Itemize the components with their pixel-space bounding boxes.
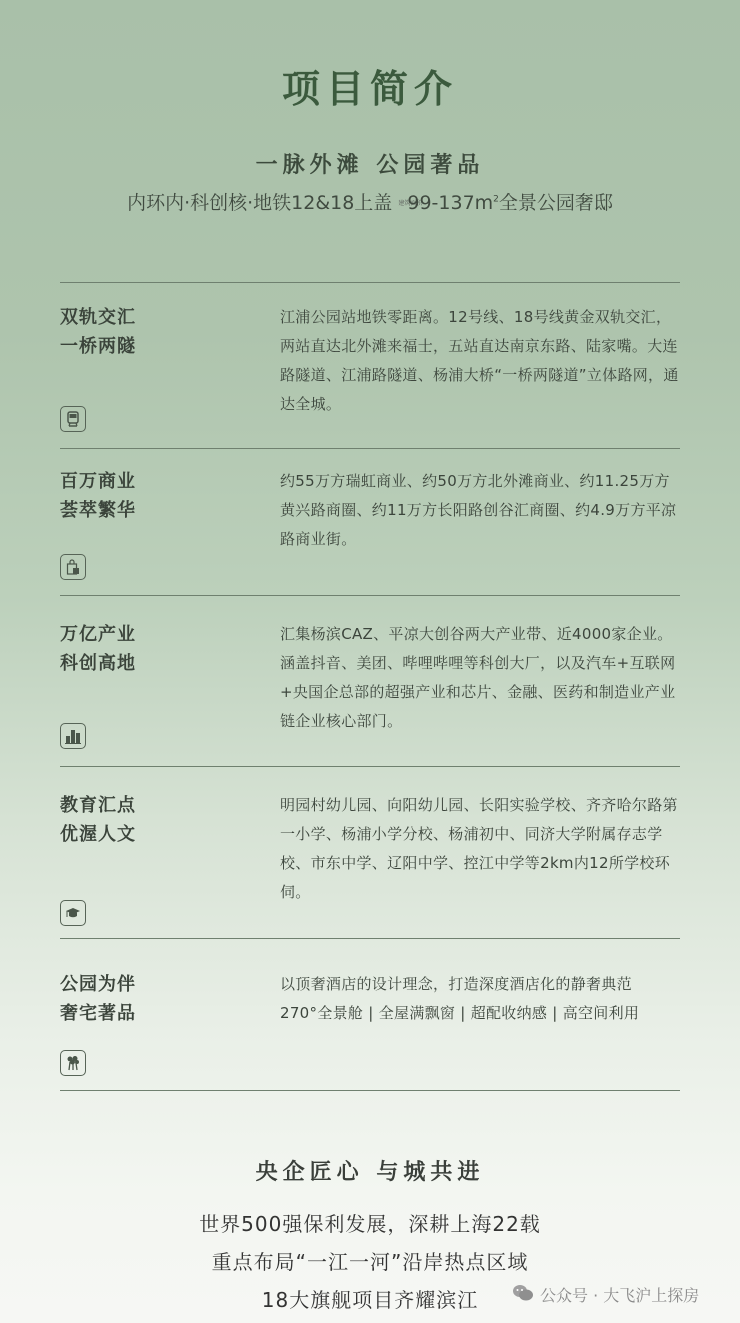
office-buildings-icon [60, 723, 86, 749]
section-education: 教育汇点 优渥人文 明园村幼儿园、向阳幼儿园、长阳实验学校、齐齐哈尔路第一小学、… [60, 791, 680, 931]
footer-line: 世界500强保利发展，深耕上海22载 [0, 1208, 740, 1237]
heading-line: 双轨交汇 [60, 303, 210, 332]
divider [60, 766, 680, 767]
section-description: 明园村幼儿园、向阳幼儿园、长阳实验学校、齐齐哈尔路第一小学、杨浦小学分校、杨浦初… [280, 791, 684, 907]
tagline-suffix: 全景公园奢邸 [499, 192, 613, 214]
watermark: 公众号 · 大飞沪上探房 [512, 1283, 699, 1306]
desc-line: 以顶奢酒店的设计理念，打造深度酒店化的静奢典范 [280, 970, 684, 999]
heading-line: 科创高地 [60, 649, 210, 678]
section-industry: 万亿产业 科创高地 汇集杨滨CAZ、平凉大创谷两大产业带、近4000家企业。涵盖… [60, 620, 680, 760]
section-description: 汇集杨滨CAZ、平凉大创谷两大产业带、近4000家企业。涵盖抖音、美团、哔哩哔哩… [280, 620, 684, 736]
footer-line: 重点布局“一江一河”沿岸热点区域 [0, 1246, 740, 1275]
divider [60, 938, 680, 939]
heading-line: 奢宅著品 [60, 999, 210, 1028]
heading-line: 万亿产业 [60, 620, 210, 649]
section-commerce: 百万商业 荟萃繁华 约55万方瑞虹商业、约50万方北外滩商业、约11.25万方黄… [60, 467, 680, 587]
heading-line: 百万商业 [60, 467, 210, 496]
heading-line: 公园为伴 [60, 970, 210, 999]
section-heading: 百万商业 荟萃繁华 [60, 467, 210, 525]
section-description: 约55万方瑞虹商业、约50万方北外滩商业、约11.25万方黄兴路商圈、约11万方… [280, 467, 684, 554]
divider [60, 282, 680, 283]
page-subtitle: 一脉外滩 公园著品 [0, 148, 740, 179]
footer-title: 央企匠心 与城共进 [0, 1155, 740, 1186]
heading-line: 教育汇点 [60, 791, 210, 820]
graduation-cap-icon [60, 900, 86, 926]
heading-line: 一桥两隧 [60, 332, 210, 361]
section-description: 以顶奢酒店的设计理念，打造深度酒店化的静奢典范 270°全景舱 | 全屋满飘窗 … [280, 970, 684, 1028]
section-heading: 万亿产业 科创高地 [60, 620, 210, 678]
tagline: 内环内·科创核·地铁12&18上盖 建筑面积99-137m2全景公园奢邸 [0, 188, 740, 215]
watermark-text: 公众号 · 大飞沪上探房 [540, 1283, 699, 1306]
section-transport: 双轨交汇 一桥两隧 江浦公园站地铁零距离。12号线、18号线黄金双轨交汇，两站直… [60, 303, 680, 443]
section-park-residence: 公园为伴 奢宅著品 以顶奢酒店的设计理念，打造深度酒店化的静奢典范 270°全景… [60, 970, 680, 1090]
section-heading: 教育汇点 优渥人文 [60, 791, 210, 849]
divider [60, 1090, 680, 1091]
section-description: 江浦公园站地铁零距离。12号线、18号线黄金双轨交汇，两站直达北外滩来福士，五站… [280, 303, 684, 419]
shopping-bag-icon [60, 554, 86, 580]
park-trees-icon [60, 1050, 86, 1076]
heading-line: 优渥人文 [60, 820, 210, 849]
heading-line: 荟萃繁华 [60, 496, 210, 525]
divider [60, 595, 680, 596]
section-heading: 公园为伴 奢宅著品 [60, 970, 210, 1028]
tagline-area: 99-137m [407, 192, 493, 214]
tagline-prefix: 内环内·科创核·地铁12&18上盖 [127, 192, 392, 214]
divider [60, 448, 680, 449]
page-title: 项目简介 [0, 58, 740, 113]
desc-line: 270°全景舱 | 全屋满飘窗 | 超配收纳感 | 高空间利用 [280, 999, 684, 1028]
tagline-area-label: 建筑面积 [398, 201, 407, 207]
wechat-icon [512, 1284, 534, 1306]
section-heading: 双轨交汇 一桥两隧 [60, 303, 210, 361]
metro-train-icon [60, 406, 86, 432]
